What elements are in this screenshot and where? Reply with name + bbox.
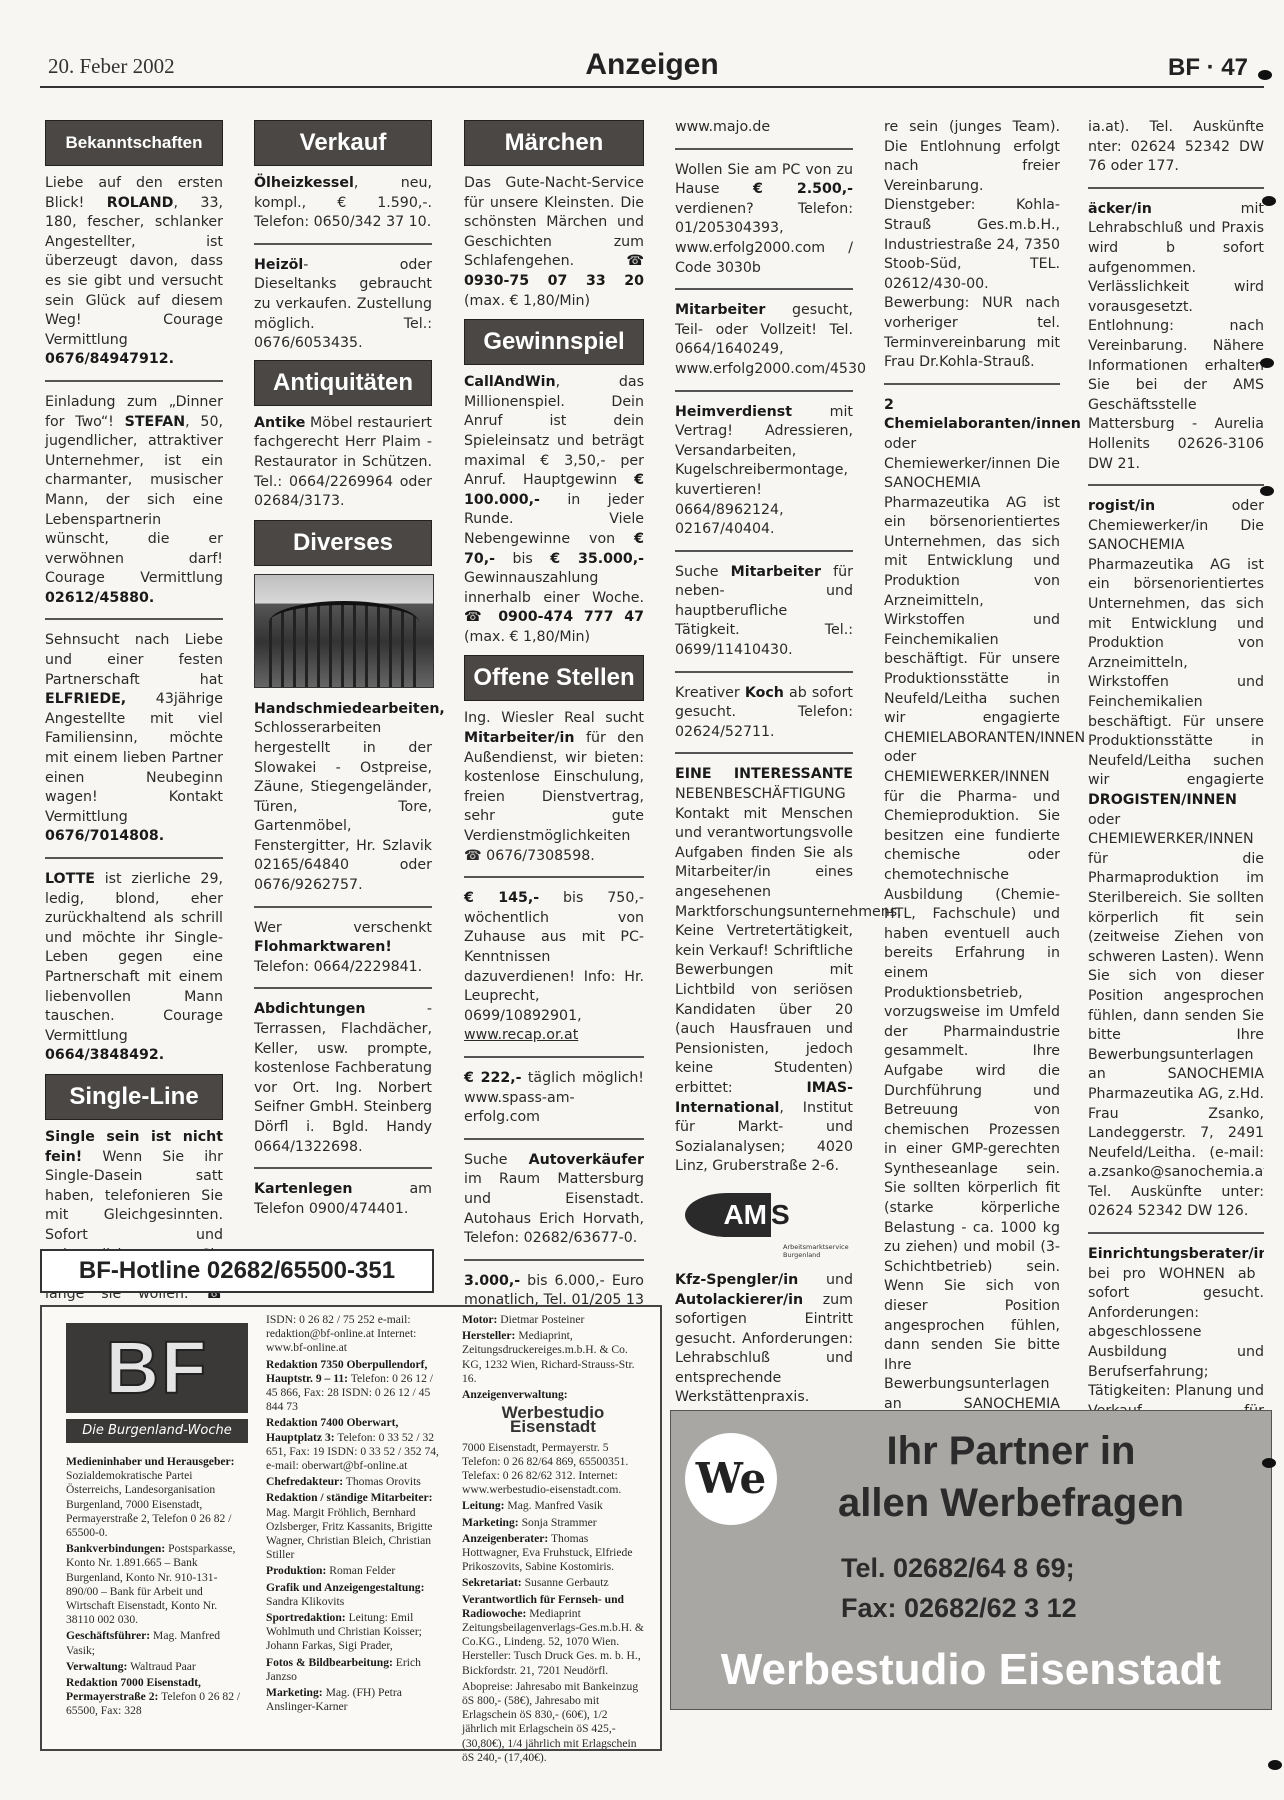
scan-mark bbox=[1268, 1760, 1282, 1770]
ad-fax: Fax: 02682/62 3 12 bbox=[841, 1593, 1077, 1624]
divider bbox=[675, 671, 853, 673]
section-header-bekanntschaften: Bekanntschaften bbox=[45, 120, 223, 166]
column-verkauf: Verkauf Ölheizkessel, neu, kompl., € 1.5… bbox=[254, 118, 432, 1219]
classified-ad: CallAndWin, das Millionenspiel. Dein Anr… bbox=[464, 373, 644, 647]
classified-ad: € 222,- täglich möglich! www.spass-am-er… bbox=[464, 1069, 644, 1128]
divider bbox=[254, 987, 432, 989]
divider bbox=[675, 390, 853, 392]
section-header-verkauf: Verkauf bbox=[254, 120, 432, 166]
section-header-offene-stellen: Offene Stellen bbox=[464, 655, 644, 701]
classified-ad: Heimverdienst mit Vertrag! Adressieren, … bbox=[675, 403, 853, 540]
column-maerchen: Märchen Das Gute-Nacht-Service für unser… bbox=[464, 118, 644, 1331]
classified-ad: ia.at). Tel. Auskünfte nter: 02624 52342… bbox=[1088, 118, 1264, 177]
section-header-maerchen: Märchen bbox=[464, 120, 644, 166]
impressum-col-1: BF Die Burgenland-Woche Medieninhaber un… bbox=[66, 1313, 248, 1721]
divider bbox=[464, 1056, 644, 1058]
classified-ad: re sein (junges Team). Die Entlohnung er… bbox=[884, 118, 1060, 373]
divider bbox=[675, 550, 853, 552]
section-header-single-line: Single-Line bbox=[45, 1074, 223, 1120]
ams-logo: AMS bbox=[685, 1193, 853, 1237]
scan-mark bbox=[1258, 70, 1272, 80]
classified-ad: Wer verschenkt Flohmarktwaren! Telefon: … bbox=[254, 919, 432, 978]
ams-subtitle: ArbeitsmarktserviceBurgenland bbox=[783, 1243, 853, 1259]
classified-ad: € 145,- bis 750,- wöchentlich von Zuhaus… bbox=[464, 889, 644, 1046]
classified-ad: Handschmiedearbeiten, Schlosserarbeiten … bbox=[254, 700, 432, 896]
divider bbox=[1088, 1232, 1264, 1234]
divider bbox=[1088, 187, 1264, 189]
divider bbox=[675, 288, 853, 290]
divider bbox=[464, 1259, 644, 1261]
divider bbox=[254, 906, 432, 908]
classified-ad: Wollen Sie am PC von zu Hause € 2.500,- … bbox=[675, 161, 853, 279]
classified-ad: Mitarbeiter gesucht, Teil- oder Vollzeit… bbox=[675, 301, 853, 379]
scan-mark bbox=[1260, 486, 1274, 496]
ad-headline-2: allen Werbefragen bbox=[671, 1481, 1271, 1526]
column-jobs-2: re sein (junges Team). Die Entlohnung er… bbox=[884, 118, 1060, 1513]
section-header-antiquitaeten: Antiquitäten bbox=[254, 360, 432, 406]
werbestudio-ad: We Ihr Partner in allen Werbefragen Tel.… bbox=[670, 1410, 1272, 1710]
ad-headline-1: Ihr Partner in bbox=[671, 1429, 1271, 1474]
scan-mark bbox=[1262, 1458, 1276, 1468]
impressum-col-3: Motor: Dietmar Posteiner Hersteller: Med… bbox=[462, 1313, 644, 1767]
divider bbox=[45, 618, 223, 620]
classified-ad: Antike Möbel restauriert fachgerecht Her… bbox=[254, 414, 432, 512]
gate-image bbox=[269, 601, 419, 687]
divider bbox=[884, 383, 1060, 385]
divider bbox=[45, 857, 223, 859]
gate-photo bbox=[254, 574, 434, 688]
scan-mark bbox=[1262, 196, 1276, 206]
section-title: Anzeigen bbox=[40, 48, 1264, 82]
majo-link[interactable]: www.majo.de bbox=[675, 118, 853, 138]
classified-ad: Ölheizkessel, neu, kompl., € 1.590,-. Te… bbox=[254, 174, 432, 233]
classified-ad: Einladung zum „Dinner for Two“! STEFAN, … bbox=[45, 393, 223, 609]
ad-telephone: Tel. 02682/64 8 69; bbox=[841, 1553, 1075, 1584]
phone-icon: ☎ 0900-474 777 47 bbox=[464, 609, 644, 625]
column-bekanntschaften: Bekanntschaften Liebe auf den ersten Bli… bbox=[45, 118, 223, 1343]
section-header-gewinnspiel: Gewinnspiel bbox=[464, 319, 644, 365]
divider bbox=[464, 1138, 644, 1140]
bf-hotline-box: BF-Hotline 02682/65500-351 bbox=[40, 1249, 434, 1293]
page-header: 20. Feber 2002 Anzeigen BF · 47 bbox=[40, 40, 1264, 88]
divider bbox=[254, 1167, 432, 1169]
divider bbox=[675, 148, 853, 150]
ad-company-name: Werbestudio Eisenstadt bbox=[671, 1645, 1271, 1695]
page-number: BF · 47 bbox=[1168, 54, 1248, 82]
classified-ad: Suche Autoverkäufer im Raum Mattersburg … bbox=[464, 1151, 644, 1249]
divider bbox=[675, 752, 853, 754]
impressum-box: BF Die Burgenland-Woche Medieninhaber un… bbox=[40, 1305, 662, 1751]
classified-ad: äcker/in mit Lehrabschluß und Praxis wir… bbox=[1088, 200, 1264, 474]
classified-ad: Liebe auf den ersten Blick! ROLAND, 33, … bbox=[45, 174, 223, 370]
classified-ad: Sehnsucht nach Liebe und einer festen Pa… bbox=[45, 631, 223, 847]
classified-ad: Suche Mitarbeiter für neben- und hauptbe… bbox=[675, 563, 853, 661]
classified-ad: LOTTE ist zierliche 29, ledig, blond, eh… bbox=[45, 870, 223, 1066]
classified-ad: Abdichtungen - Terrassen, Flachdächer, K… bbox=[254, 1000, 432, 1157]
impressum-col-2: ISDN: 0 26 82 / 75 252 e-mail: redaktion… bbox=[266, 1313, 446, 1716]
divider bbox=[45, 380, 223, 382]
divider bbox=[1088, 484, 1264, 486]
recap-link[interactable]: www.recap.or.at bbox=[464, 1027, 578, 1043]
classified-ad: EINE INTERESSANTE NEBENBESCHÄFTIGUNG Kon… bbox=[675, 765, 853, 1176]
bf-tagline: Die Burgenland-Woche bbox=[66, 1419, 248, 1443]
divider bbox=[254, 243, 432, 245]
scan-mark bbox=[1260, 358, 1274, 368]
classified-ad: Kartenlegen am Telefon 0900/474401. bbox=[254, 1180, 432, 1219]
column-jobs-1: www.majo.de Wollen Sie am PC von zu Haus… bbox=[675, 118, 853, 1447]
classified-ad: rogist/in oder Chemiewerker/in Die SANOC… bbox=[1088, 497, 1264, 1222]
classified-ad: 2 Chemielaboranten/innen oder Chemiewerk… bbox=[884, 396, 1060, 1513]
classified-ad: Heizöl- oder Dieseltanks gebraucht zu ve… bbox=[254, 256, 432, 354]
section-header-diverses: Diverses bbox=[254, 520, 432, 566]
bf-logo: BF bbox=[66, 1323, 248, 1413]
divider bbox=[464, 876, 644, 878]
classified-ad: Ing. Wiesler Real sucht Mitarbeiter/in f… bbox=[464, 709, 644, 866]
werbestudio-name: Werbestudio Eisenstadt bbox=[462, 1406, 644, 1434]
column-jobs-3: ia.at). Tel. Auskünfte nter: 02624 52342… bbox=[1088, 118, 1264, 1559]
classified-ad: Das Gute-Nacht-Service für unsere Kleins… bbox=[464, 174, 644, 311]
classified-ad: Kreativer Koch ab sofort gesucht. Telefo… bbox=[675, 684, 853, 743]
